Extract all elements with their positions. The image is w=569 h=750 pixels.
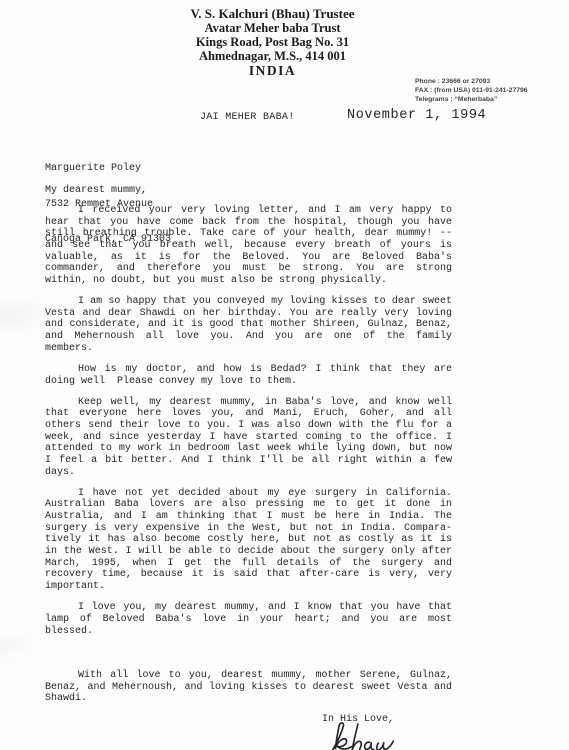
- letter-body: I received your very loving letter, and …: [45, 205, 452, 715]
- letter-line: I am so happy that you conveyed my lovin…: [45, 296, 452, 308]
- contact-telegrams: Telegrams : “Meherbaba”: [415, 95, 528, 104]
- letter-line: Vesta and dear Shawdi on her birthday. Y…: [45, 308, 452, 320]
- letter-line: week, and since yesterday I have started…: [45, 432, 452, 444]
- letter-line: Australia, and I am thinking that I must…: [45, 511, 452, 523]
- letterhead-name: V. S. Kalchuri (Bhau) Trustee: [0, 7, 545, 21]
- letter-line: March, 1995, when I get the full details…: [45, 558, 452, 570]
- letter-line: tively it has also become costly here, b…: [45, 534, 452, 546]
- letterhead-city: Ahmednagar, M.S., 414 001: [0, 49, 545, 63]
- letter-line: commander, and therefore you must be str…: [45, 263, 452, 275]
- signature-bhau: [328, 721, 400, 750]
- letter-line: Benaz, and Mehernoush, and loving kisses…: [45, 682, 452, 694]
- letter-line: others send their love to you. I was als…: [45, 420, 452, 432]
- letter-line: I have not yet decided about my eye surg…: [45, 488, 452, 500]
- paragraph: I have not yet decided about my eye surg…: [45, 488, 452, 593]
- letter-line: surgery is very expensive in the West, b…: [45, 523, 452, 535]
- letter-line: that everyone here loves you, and Mani, …: [45, 408, 452, 420]
- letter-line: still breathing trouble. Take care of yo…: [45, 228, 452, 240]
- letter-line: members.: [45, 343, 452, 355]
- paragraph: I am so happy that you conveyed my lovin…: [45, 296, 452, 354]
- letter-line: attended to my work in bedroom last week…: [45, 443, 452, 455]
- letter-line: hear that you have come back from the ho…: [45, 217, 452, 229]
- letter-date: November 1, 1994: [347, 108, 486, 123]
- recipient-name: Marguerite Poley: [45, 163, 171, 175]
- letter-line: Shawdi.: [45, 693, 452, 705]
- contact-block: Phone : 23666 or 27093 FAX : (from USA) …: [415, 77, 528, 104]
- letterhead-street: Kings Road, Post Bag No. 31: [0, 35, 545, 49]
- letter-line: blessed.: [45, 626, 452, 638]
- letter-page: V. S. Kalchuri (Bhau) Trustee Avatar Meh…: [0, 0, 569, 750]
- signature-bhau-drawing: [328, 721, 400, 750]
- contact-fax: FAX : (from USA) 011-91-241-27796: [415, 86, 528, 95]
- letter-line: and considerate, and it is good that mot…: [45, 319, 452, 331]
- letter-line: I feel a bit better. And I think I'll be…: [45, 455, 452, 467]
- letter-line: I received your very loving letter, and …: [45, 205, 452, 217]
- paragraph: I love you, my dearest mummy, and I know…: [45, 602, 452, 637]
- paragraph: Keep well, my dearest mummy, in Baba's l…: [45, 397, 452, 479]
- letter-line: and Mehernoush all love you. And you are…: [45, 331, 452, 343]
- letterhead-country: INDIA: [0, 63, 545, 78]
- letterhead: V. S. Kalchuri (Bhau) Trustee Avatar Meh…: [0, 7, 545, 78]
- letter-line: doing well Please convey my love to them…: [45, 376, 452, 388]
- letter-line: Australian Baba lovers are also pressing…: [45, 499, 452, 511]
- paragraph: With all love to you, dearest mummy, mot…: [45, 670, 452, 705]
- salutation-jai-meher-baba: JAI MEHER BABA!: [200, 112, 295, 123]
- letter-line: With all love to you, dearest mummy, mot…: [45, 670, 452, 682]
- letter-line: and see that you breath well, because ev…: [45, 240, 452, 252]
- letter-line: days.: [45, 467, 452, 479]
- paragraph: How is my doctor, and how is Bedad? I th…: [45, 364, 452, 387]
- letter-line: important.: [45, 581, 452, 593]
- letter-line: How is my doctor, and how is Bedad? I th…: [45, 364, 452, 376]
- letter-line: lamp of Beloved Baba's love in your hear…: [45, 614, 452, 626]
- letterhead-trust: Avatar Meher baba Trust: [0, 21, 545, 35]
- letter-line: valuable, as it is for the Beloved. You …: [45, 252, 452, 264]
- contact-phone: Phone : 23666 or 27093: [415, 77, 528, 86]
- paragraph: I received your very loving letter, and …: [45, 205, 452, 287]
- letter-line: I love you, my dearest mummy, and I know…: [45, 602, 452, 614]
- letter-line: within, no doubt, but you must also be s…: [45, 275, 452, 287]
- letter-line: Keep well, my dearest mummy, in Baba's l…: [45, 397, 452, 409]
- greeting: My dearest mummy,: [45, 185, 147, 196]
- letter-line: recovery time, because it is said that a…: [45, 569, 452, 581]
- letter-line: in the West. I will be able to decide ab…: [45, 546, 452, 558]
